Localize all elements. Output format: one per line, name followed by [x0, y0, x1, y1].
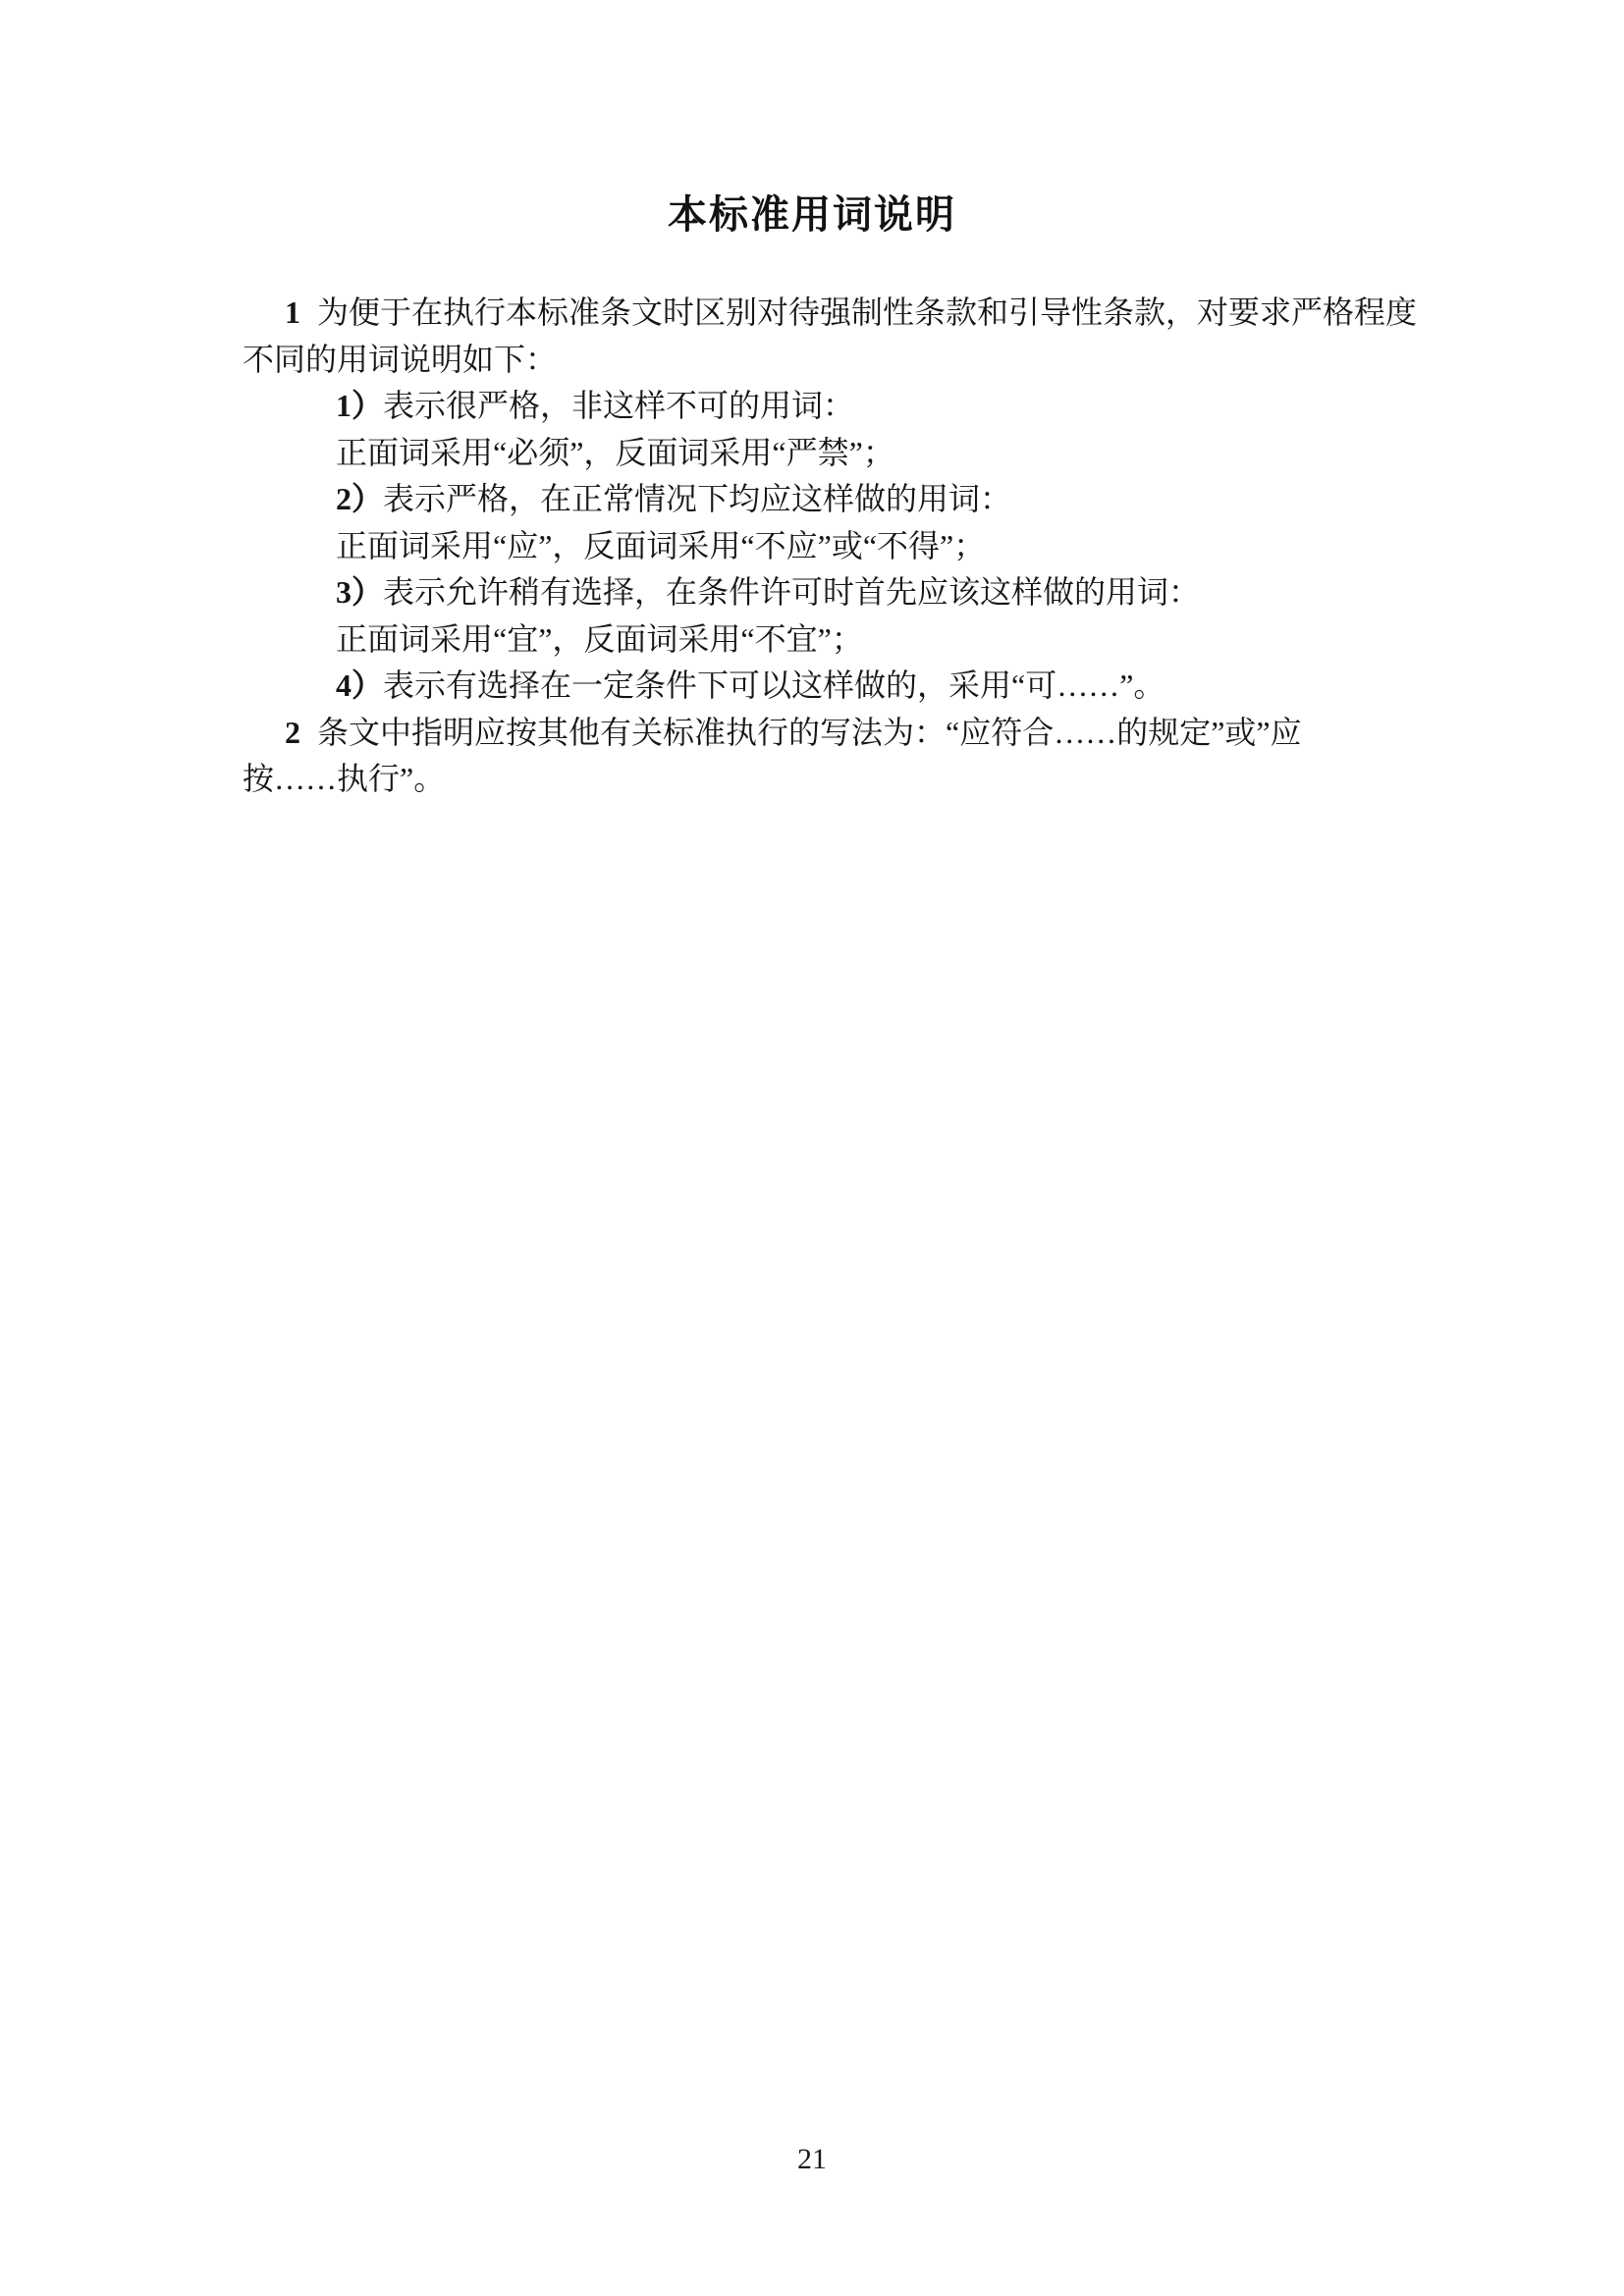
list-item-line: 3）表示允许稍有选择，在条件许可时首先应该这样做的用词： [243, 569, 1396, 616]
list-item-line: 正面词采用“应”，反面词采用“不应”或“不得”； [243, 523, 1396, 570]
paragraph-line: 2条文中指明应按其他有关标准执行的写法为：“应符合……的规定”或”应 [243, 710, 1396, 757]
line-text: 表示有选择在一定条件下可以这样做的，采用“可……”。 [383, 667, 1164, 703]
line-text: 表示允许稍有选择，在条件许可时首先应该这样做的用词： [383, 574, 1200, 610]
item-number: 2 [285, 715, 300, 750]
line-text: 按……执行”。 [243, 761, 445, 796]
list-item-line: 1）表示很严格，非这样不可的用词： [243, 383, 1396, 430]
item-number: 4） [336, 667, 383, 703]
body-text: 1为便于在执行本标准条文时区别对待强制性条款和引导性条款，对要求严格程度 不同的… [243, 290, 1396, 803]
line-text: 正面词采用“宜”，反面词采用“不宜”； [336, 621, 863, 657]
page-number: 21 [0, 2144, 1624, 2175]
item-number: 3） [336, 574, 383, 610]
document-page: 本标准用词说明 1为便于在执行本标准条文时区别对待强制性条款和引导性条款，对要求… [0, 0, 1624, 2296]
line-text: 为便于在执行本标准条文时区别对待强制性条款和引导性条款，对要求严格程度 [317, 294, 1417, 330]
list-item-line: 2）表示严格，在正常情况下均应这样做的用词： [243, 476, 1396, 523]
line-text: 正面词采用“应”，反面词采用“不应”或“不得”； [336, 528, 985, 563]
list-item-line: 正面词采用“宜”，反面词采用“不宜”； [243, 616, 1396, 664]
list-item-line: 4）表示有选择在一定条件下可以这样做的，采用“可……”。 [243, 663, 1396, 710]
item-number: 1） [336, 388, 383, 423]
page-title: 本标准用词说明 [0, 0, 1624, 237]
line-text: 条文中指明应按其他有关标准执行的写法为：“应符合……的规定”或”应 [317, 715, 1302, 750]
item-number: 1 [285, 294, 300, 330]
item-number: 2） [336, 481, 383, 516]
list-item-line: 正面词采用“必须”，反面词采用“严禁”； [243, 430, 1396, 477]
line-text: 表示严格，在正常情况下均应这样做的用词： [383, 481, 1011, 516]
line-text: 正面词采用“必须”，反面词采用“严禁”； [336, 435, 894, 470]
paragraph-line: 1为便于在执行本标准条文时区别对待强制性条款和引导性条款，对要求严格程度 [243, 290, 1396, 337]
paragraph-line: 按……执行”。 [243, 756, 1396, 803]
line-text: 不同的用词说明如下： [243, 342, 557, 377]
line-text: 表示很严格，非这样不可的用词： [383, 388, 854, 423]
paragraph-line: 不同的用词说明如下： [243, 337, 1396, 384]
